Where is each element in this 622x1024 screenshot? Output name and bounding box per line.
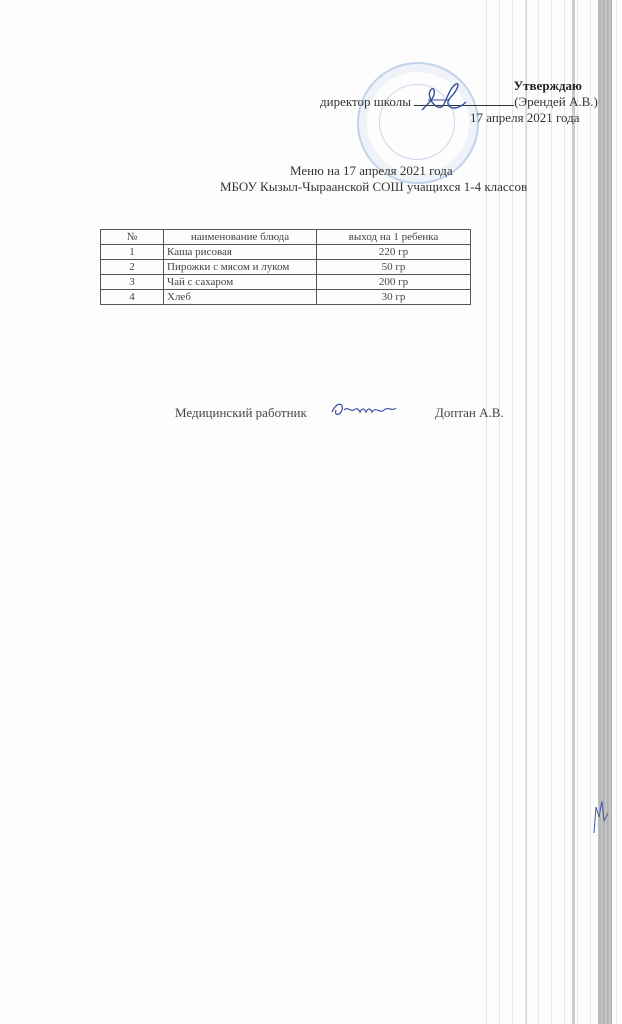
director-signature-icon — [420, 82, 468, 116]
row-number: 1 — [101, 245, 164, 260]
medical-signature-icon — [330, 398, 398, 420]
row-dish: Хлеб — [164, 290, 317, 305]
scan-artifact-line — [572, 0, 575, 1024]
director-name: (Эрендей А.В.) — [514, 94, 598, 109]
row-dish: Каша рисовая — [164, 245, 317, 260]
margin-pen-mark-icon — [590, 795, 610, 835]
row-dish: Пирожки с мясом и луком — [164, 260, 317, 275]
row-number: 3 — [101, 275, 164, 290]
menu-table: № наименование блюда выход на 1 ребенка … — [100, 229, 471, 305]
scan-artifact-line — [526, 0, 527, 1024]
row-dish: Чай с сахаром — [164, 275, 317, 290]
school-title: МБОУ Кызыл-Чыраанской СОШ учащихся 1-4 к… — [220, 179, 527, 195]
row-portion: 50 гр — [317, 260, 471, 275]
scan-artifact-edge — [598, 0, 612, 1024]
row-number: 4 — [101, 290, 164, 305]
medical-worker-label: Медицинский работник — [175, 405, 307, 421]
table-row: 2 Пирожки с мясом и луком 50 гр — [101, 260, 471, 275]
row-number: 2 — [101, 260, 164, 275]
medical-worker-name: Доптан А.В. — [435, 405, 504, 421]
table-row: 4 Хлеб 30 гр — [101, 290, 471, 305]
row-portion: 30 гр — [317, 290, 471, 305]
director-position: директор школы — [320, 94, 411, 109]
column-header-number: № — [101, 230, 164, 245]
table-header-row: № наименование блюда выход на 1 ребенка — [101, 230, 471, 245]
menu-title: Меню на 17 апреля 2021 года — [290, 163, 590, 179]
table-row: 1 Каша рисовая 220 гр — [101, 245, 471, 260]
row-portion: 200 гр — [317, 275, 471, 290]
signature-line — [476, 95, 514, 106]
row-portion: 220 гр — [317, 245, 471, 260]
column-header-portion: выход на 1 ребенка — [317, 230, 471, 245]
column-header-dish: наименование блюда — [164, 230, 317, 245]
approval-title: Утверждаю — [514, 78, 582, 94]
approval-date: 17 апреля 2021 года — [470, 110, 580, 126]
table-row: 3 Чай с сахаром 200 гр — [101, 275, 471, 290]
